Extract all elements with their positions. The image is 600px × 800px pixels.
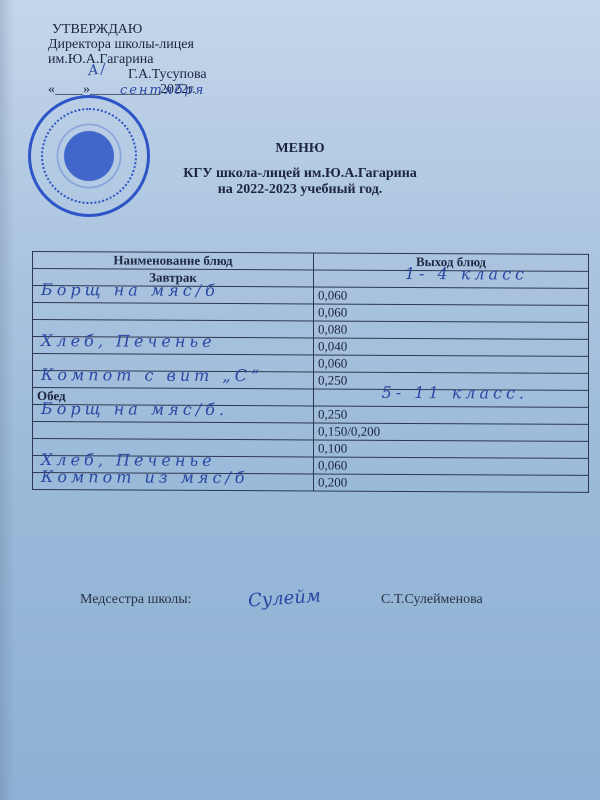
grade-note: 1- 4 класс — [405, 266, 528, 283]
dish-name: Борщ на мяс/б. — [41, 401, 228, 418]
dish-name-cell: Компот из мяс/б — [33, 473, 314, 491]
dish-name-cell: Хлеб, Печенье — [33, 337, 314, 355]
dish-name-cell — [33, 422, 314, 440]
dish-weight: 0,250 — [314, 406, 589, 424]
dish-name-cell: Компот с вит „С“ — [33, 371, 314, 389]
approval-signer: Г.А.Тусупова — [48, 67, 207, 82]
approval-position: Директора школы-лицея — [48, 37, 207, 52]
dish-name: Хлеб, Печенье — [41, 333, 216, 350]
dish-weight: 0,060 — [314, 304, 589, 322]
dish-name-cell — [33, 303, 314, 321]
school-year: на 2022-2023 учебный год. — [0, 182, 600, 198]
organization-name: КГУ школа-лицей им.Ю.А.Гагарина — [0, 166, 600, 182]
nurse-name: С.Т.Сулейменова — [381, 592, 483, 608]
table-row: Компот из мяс/б0,200 — [33, 473, 589, 493]
dish-weight: 0,060 — [314, 457, 589, 475]
dish-name: Борщ на мяс/б — [41, 282, 219, 299]
dish-weight: 0,100 — [314, 440, 589, 458]
grade-note: 5- 11 класс. — [382, 385, 528, 402]
dish-weight: 0,150/0,200 — [314, 423, 589, 441]
dish-name-cell: Борщ на мяс/б — [33, 286, 314, 304]
document-title: МЕНЮ — [0, 141, 600, 157]
header-dish-name: Наименование блюд — [33, 252, 314, 270]
nurse-label: Медсестра школы: — [80, 592, 192, 608]
handwritten-month: сентября — [120, 83, 205, 98]
dish-name: Компот из мяс/б — [41, 469, 249, 486]
dish-weight: 0,040 — [314, 338, 589, 356]
dish-weight: 0,060 — [314, 355, 589, 373]
dish-weight: 0,080 — [314, 321, 589, 339]
approval-school: им.Ю.А.Гагарина — [48, 52, 207, 67]
nurse-signature: Сулейм — [247, 585, 321, 611]
grade-note-cell: 5- 11 класс. — [314, 389, 589, 407]
grade-note-cell: 1- 4 класс — [314, 270, 589, 288]
dish-weight: 0,060 — [314, 287, 589, 305]
dish-weight: 0,200 — [314, 474, 589, 492]
dish-name: Компот с вит „С“ — [41, 367, 263, 384]
page-edge-shadow — [0, 0, 14, 800]
menu-table: Наименование блюд Выход блюд Завтрак1- 4… — [32, 251, 589, 493]
director-signature: А/ — [87, 61, 108, 80]
dish-name-cell: Борщ на мяс/б. — [33, 405, 314, 423]
approval-heading: УТВЕРЖДАЮ — [48, 22, 207, 37]
